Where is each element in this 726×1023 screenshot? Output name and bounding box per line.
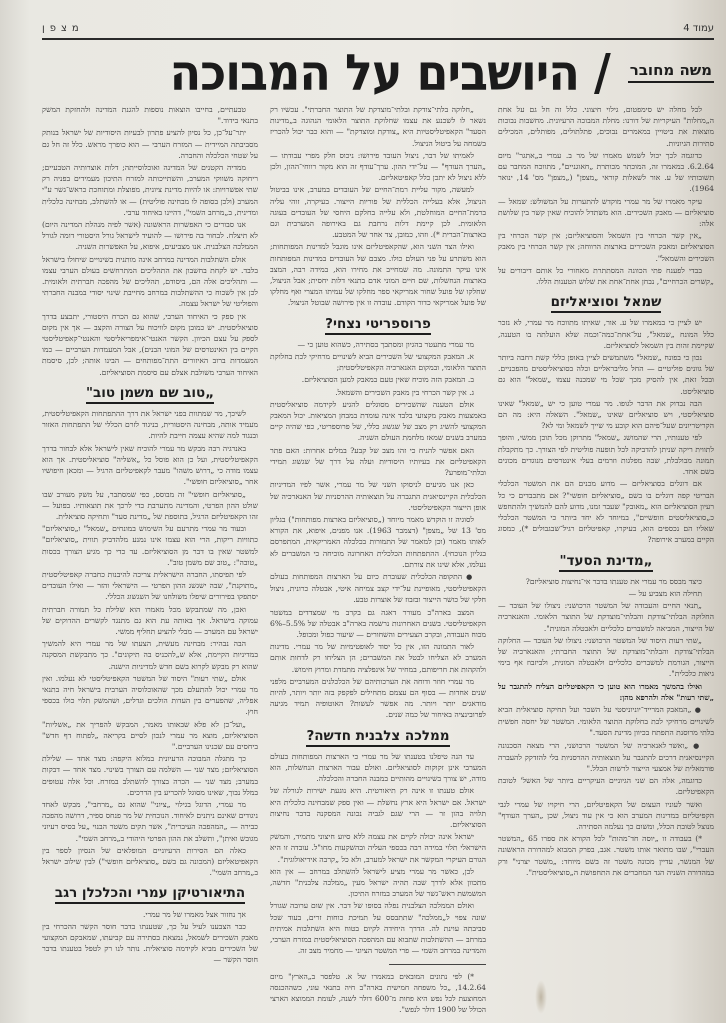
body-paragraph: לפי תפיסתו, החברה הישראלית צריכה להיבנות… [42,569,258,603]
body-paragraph: בבדי לפענח פתי הכוונה המסתתרת מאחורי כל … [498,265,714,287]
article-headline: / היושבים על המבוכה [42,44,610,100]
body-paragraph: יש לציין כי במאמרו של ע. אור, שאיתו מתוו… [498,317,714,351]
body-paragraph: התקופה הכלכלית שעוברת כיום על הארצות המפ… [270,571,486,606]
body-paragraph: „שתי רעות היסוד של המשטר הרכושני: ניצולו… [498,635,714,680]
body-paragraph: כך מתגלה המבוכה הרעיונית במלוא היקפה: מצ… [42,753,258,798]
subheading-text: שמאל וסוציאליזם [551,294,662,313]
body-paragraph: אם דוגלים בסוציאליזם — מדוע מכנים הם את … [498,478,714,545]
section-subheading: „מדינת הסעד" [498,556,714,568]
body-paragraph: באנרגיה רבה מבקש מר עמרי להוכיח שאין ליש… [42,443,258,488]
body-paragraph: עד הנה טיפלנו בטענתו של מר עמרי כי הארצו… [270,751,486,785]
body-paragraph: ישראל אינה יכולה לקיים את עצמה ללא סיוע … [270,831,486,865]
body-paragraph: ג. אין קשר הכרחי בין מאבק השכירים והשמאל… [270,387,486,398]
section-subheading: פרוספריטי נצחי? [270,319,486,331]
headline-row: משה מחובר / היושבים על המבוכה [42,46,714,98]
body-paragraph: לכל מחלה יש סימפטום, גילוי חיצוני. כלל ז… [498,104,714,149]
subheading-text: ממלכה צלבנית חדשה? [306,728,449,747]
body-paragraph: ואשר לעוניו העצום של הקאפיטליזם, הרי חיק… [498,799,714,833]
running-head: עמוד 4 מצפן [38,12,718,34]
article-columns: לכל מחלה יש סימפטום, גילוי חיצוני. כלל ז… [42,104,714,1023]
body-paragraph: אולם השתלבות המדינה במרחב אינה מותנית בש… [42,254,258,310]
body-paragraph: הבה נבהיר: מבחינה מעשית, הצעתו של מר עמר… [42,638,258,672]
body-paragraph: מר עמרי מתעטר בהגיון ומסתבך בסתירה, כשהו… [270,339,486,350]
body-paragraph: אנו סבורים כי האפשרות הראשונה (אשר לפיה … [42,219,258,253]
subheading-text: „מדינת הסעד" [559,553,652,572]
paper-stain [535,980,547,1014]
body-paragraph: תחילה הוא מצביע על — [498,588,714,599]
footnote-rule [389,964,486,965]
body-paragraph: „סוציאליזם חופשי" זה מבוסס, כפי שמסתבר, … [42,489,258,523]
body-paragraph: המצב בארה"ב מעורר דאגה גם בקרב מי שמצדדי… [270,607,486,641]
body-paragraph: „המאבק המרייד־יוניוניסטי על השכר ועל תחי… [498,704,714,739]
body-paragraph: א. המאבק המקצועי של השכירים הביא לשינויי… [270,351,486,373]
body-paragraph: ובעוד מר עמרי מתרעם על השימוש במונחים „ש… [42,523,258,568]
body-paragraph: אולם הטענה שהשכירים מסוגלים להגיע לקידמה… [270,399,486,444]
body-paragraph: האם אפשר להניח כי זהו מצב של קבע? במלים … [270,445,486,479]
footnote: *) לפי נתונים המובאים במאמרו של א. טלפסר… [270,971,486,1015]
body-paragraph: נכון כי בפונח „שמאל" משתמשים לציין באופן… [498,352,714,397]
section-subheading: התיאורטיקן עמרי והכלכלן רגב [42,888,258,900]
body-paragraph: כאן אנו מגיעים לניסוקו השני של מר עמרי, … [270,479,486,513]
body-paragraph: לאור התמונה הזו, אין כל יסוד לאופטימיות … [270,641,486,675]
body-paragraph: לסוגיה זו הוקדש מאמר מיוחד („סוציאליזם ב… [270,514,486,570]
subheading-text: התיאורטיקן עמרי והכלכלן רגב [55,885,245,904]
section-subheading: „טוב שם משמן טוב" [42,388,258,400]
body-paragraph: ואילו בהמשך מאמרו הוא טוען כי הקאפיטליזם… [498,681,714,703]
body-paragraph: „אין קשר הכרחי בין השמאל והסוציאליזם; אי… [498,230,714,264]
body-paragraph: ב. המאבק הזה מוכיח שאין טעם במאבק למען ה… [270,374,486,385]
body-paragraph: אולם טענתו זו אינה רק תיאורטית. היא נוגע… [270,785,486,830]
body-paragraph: ואילו הצד השני הוא, שהקאפיטליזם אינו מוג… [270,241,486,308]
body-paragraph: ממדיה הקטנים של המדינה ואוכלוסייתה; דלות… [42,162,258,218]
header-rule [42,38,714,40]
publication-name: מצפן [42,23,84,34]
body-paragraph: אך נחזור אצל מאמרו של מר עמרי. [42,909,258,920]
body-paragraph: ואולם הממלכה הצלבנית נפלה בסופו של דבר. … [270,900,486,956]
body-paragraph: כדוגמה, אלה הם שני הגיוניים העיקריים ביו… [498,775,714,797]
body-paragraph: ואכן, מה שמתבקש מכל מאמרו הוא שלילת כל ת… [42,604,258,638]
body-paragraph: „תנאי החיים והעבודה של המשטר הרכושני: ני… [498,600,714,634]
body-paragraph: כאלה הם הסירות הרעיוניים המופלאים של הנס… [42,845,258,879]
body-paragraph: מר עמרי, הדוגל בגילוי „ציוני" שהוא גם „מ… [42,799,258,844]
body-paragraph: מר עמרי חוזר ודוחה את הערכותיהם של הכלכל… [270,676,486,721]
body-paragraph: יתר־על־כן, כל נסיון להציע פתרון לבעיות ה… [42,127,258,161]
body-paragraph: אולם „שתי רעות" היסוד של המשטר הקאפיטליס… [42,673,258,718]
body-paragraph: *) בעבודה זו „יוסה חד־מהות" לכל הקורא את… [498,833,714,878]
body-paragraph: הבה נבדוק את הדבר לגופו. מר עמרי טוען כי… [498,398,714,432]
body-paragraph: לכן, כאשר מר עמרי מציע לישראל להשתלב במר… [270,866,486,900]
body-paragraph: לשיכך, מר שמתוות בפני ישראל את דרך ההתפת… [42,408,258,442]
column-middle: „חלוקה בלתי־צודקת ובלתי־מוצדקת של התוצר … [270,104,486,1023]
subheading-text: פרוספריטי נצחי? [325,316,431,335]
author-byline: משה מחובר [628,61,714,83]
body-paragraph: למעשה, מקור עליית רמת־החיים של העובדים ב… [270,184,486,240]
page-number: עמוד 4 [683,23,714,34]
body-paragraph: „חלוקה בלתי־צודקת ובלתי־מוצדקת של התוצר … [270,104,486,149]
body-paragraph: „ועל־כן לא פלא שבאותו מאמר, המבקש להפריך… [42,719,258,753]
body-paragraph: אין ספק כי האיחוד הערבי, שהוא גם הכרח הי… [42,311,258,378]
column-right: לכל מחלה יש סימפטום, גילוי חיצוני. כלל ז… [498,104,714,1023]
body-paragraph: לאמיתו של דבר, ניצול העובד פירושו: ניכוס… [270,150,486,184]
body-paragraph: כיצד מבסס מר עמרי את טענתו בדבר אי־נחיצו… [498,576,714,587]
body-paragraph: טבעתיים, בחייבו הוצאות נוספות להגנת המדי… [42,104,258,126]
subheading-text: „טוב שם משמן טוב" [86,385,214,404]
body-paragraph: כבר הצבענו לעיל על כך, שטענתו בדבר חוסר … [42,921,258,966]
section-subheading: שמאל וסוציאליזם [498,297,714,309]
column-left: טבעתיים, בחייבו הוצאות נוספות להגנת המדי… [42,104,258,1023]
body-paragraph: „ואשר לאנארכיה של המשטר הרכושני, הרי מצא… [498,740,714,775]
section-subheading: ממלכה צלבנית חדשה? [270,731,486,743]
body-paragraph: לפי טענותיו, הרי שהמושג „שמאל" מתרוקן מכ… [498,432,714,477]
newspaper-page: עמוד 4 מצפן משה מחובר / היושבים על המבוכ… [38,0,718,1023]
body-paragraph: כדוגמה לכך יכול לשמש מאמרו של מר ב. עמרי… [498,150,714,195]
body-paragraph: עיקר מאמרו של מר עמרי מוקדש להתערות על ה… [498,196,714,230]
